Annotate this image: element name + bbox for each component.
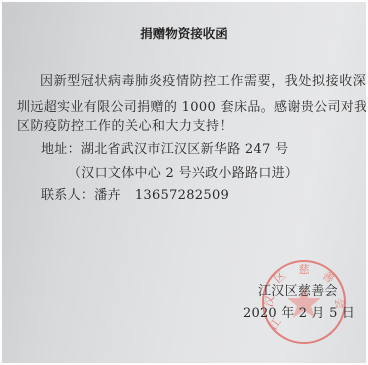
contact-line: 联系人：潘卉13657282509 — [41, 188, 229, 204]
body-line-3: 区防疫防控工作的关心和大力支持！ — [17, 119, 233, 135]
document-photo: 捐赠物资接收函 因新型冠状病毒肺炎疫情防控工作需要，我处拟接收深 圳远超实业有限… — [2, 2, 366, 363]
body-line-1: 因新型冠状病毒肺炎疫情防控工作需要，我处拟接收深 — [40, 74, 366, 90]
signature-organization: 江汉区慈善会 — [258, 284, 338, 300]
address-line-1: 地址：湖北省武汉市江汉区新华路 247 号 — [41, 142, 288, 158]
contact-phone: 13657282509 — [135, 188, 229, 203]
official-seal-icon: 江 汉 区 慈 善 会 — [260, 258, 348, 346]
body-line-2: 圳远超实业有限公司捐赠的 1000 套床品。感谢贵公司对我 — [17, 100, 366, 116]
signature-date: 2020 年 2 月 5 日 — [243, 306, 355, 322]
address-line-2: （汉口文体中心 2 号兴政小路路口进） — [68, 166, 298, 182]
document-title: 捐赠物资接收函 — [2, 26, 366, 42]
contact-person: 联系人：潘卉 — [41, 188, 121, 203]
seal-char-4: 慈 — [299, 262, 310, 276]
